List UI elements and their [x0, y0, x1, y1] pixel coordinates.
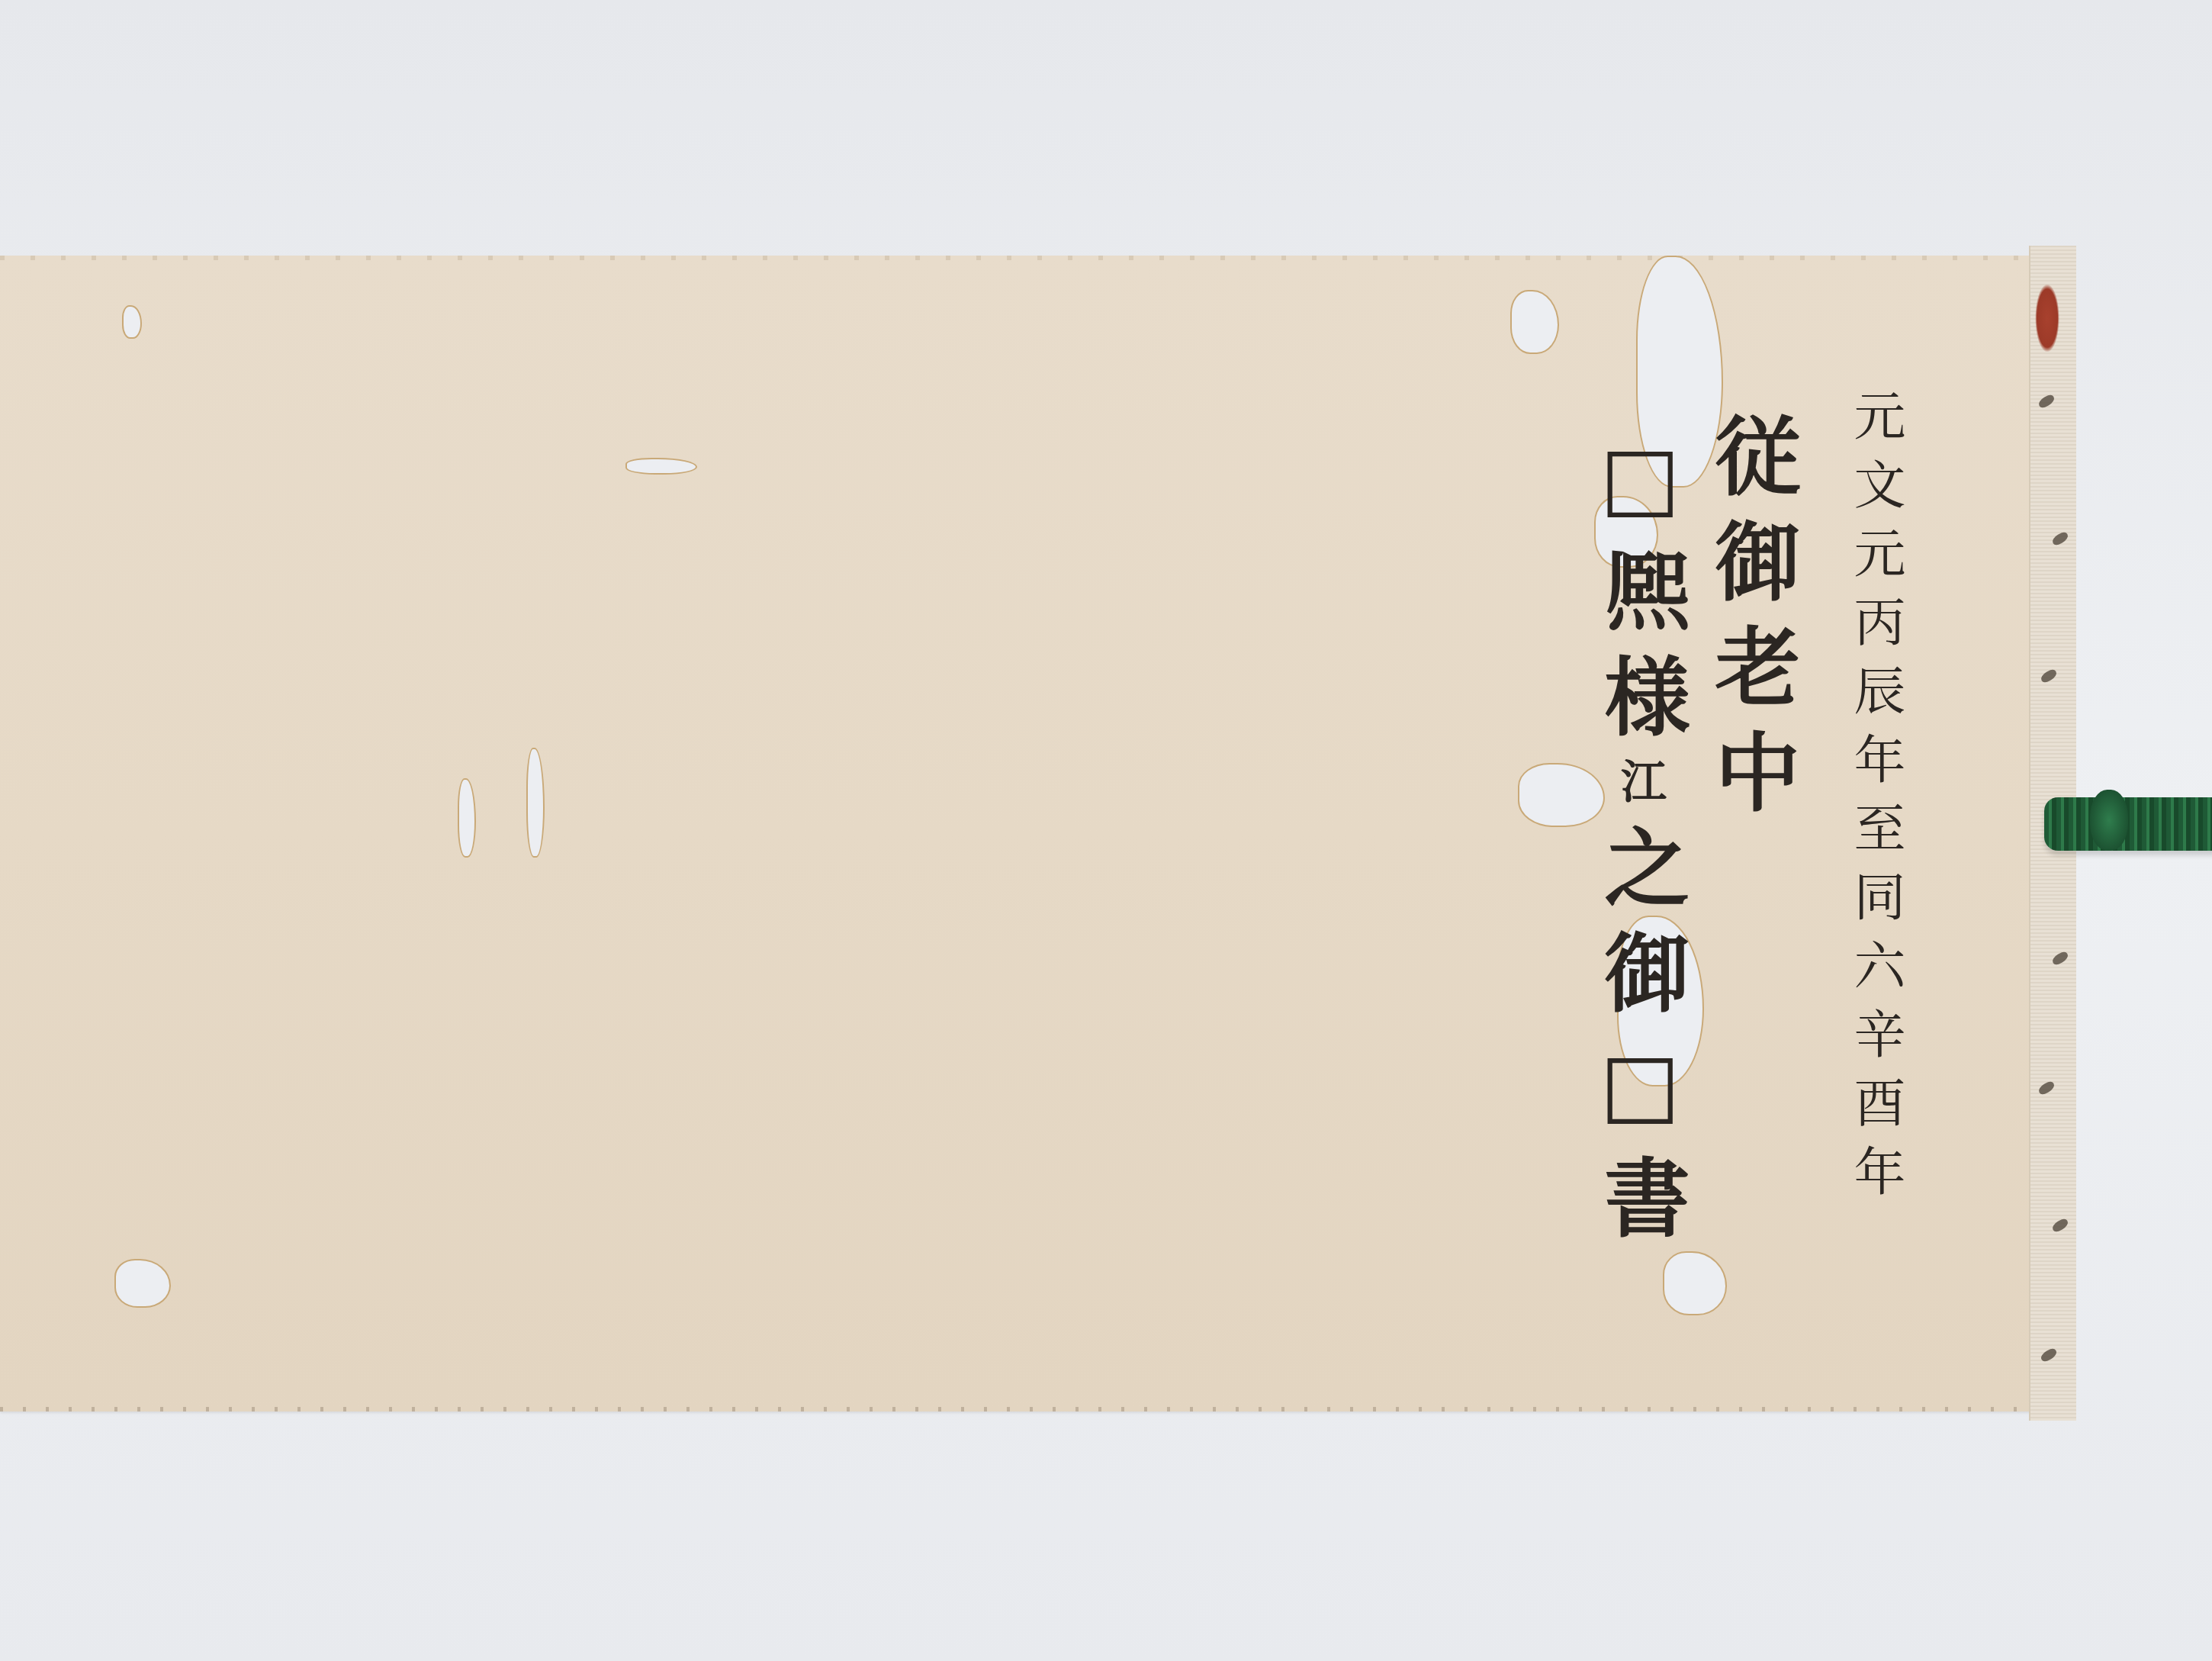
cord-knot — [2090, 790, 2128, 851]
green-tie-cord — [2044, 797, 2212, 851]
paper-bottom-edge — [0, 1407, 2033, 1412]
fabric-flower-motif — [2035, 284, 2059, 352]
title-column-2-prefix: □熈様 — [1590, 427, 1690, 758]
damage-hole — [625, 458, 697, 475]
title-column-1: 従御老中 — [1690, 412, 1812, 833]
title-column-2-small: 江 — [1613, 758, 1667, 823]
title-column-2-suffix: 之御□書 — [1590, 823, 1690, 1259]
paper-top-edge — [0, 256, 2033, 260]
title-column-2: □熈様江之御□書 — [1579, 427, 1702, 1259]
date-column: 元文元丙辰年至同六辛酉年 — [1838, 389, 1912, 1213]
damage-hole — [122, 305, 142, 339]
